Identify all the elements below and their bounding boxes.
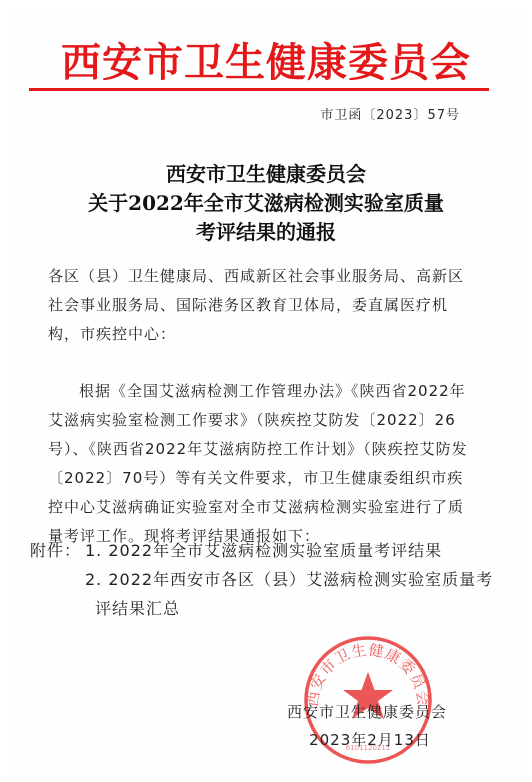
issuer-header: 西安市卫生健康委员会 bbox=[0, 40, 532, 86]
signature-organization: 西安市卫生健康委员会 bbox=[272, 698, 462, 726]
body-paragraph: 根据《全国艾滋病检测工作管理办法》《陕西省2022年艾滋病实验室检测工作要求》（… bbox=[48, 377, 474, 551]
signature-block: 西安市卫生健康委员会 2023年2月13日 bbox=[272, 698, 462, 754]
attachment-item-1: 1. 2022年全市艾滋病检测实验室质量考评结果 bbox=[85, 536, 510, 565]
attachment-row-1: 附件： 1. 2022年全市艾滋病检测实验室质量考评结果 bbox=[30, 536, 510, 565]
title-line-1: 西安市卫生健康委员会 bbox=[0, 160, 532, 189]
attachment-item-2: 2. 2022年西安市各区（县）艾滋病检测实验室质量考 bbox=[30, 565, 510, 594]
attachment-row-2: 2. 2022年西安市各区（县）艾滋病检测实验室质量考 bbox=[30, 565, 510, 594]
title-line-3: 考评结果的通报 bbox=[0, 218, 532, 247]
document-title: 西安市卫生健康委员会 关于2022年全市艾滋病检测实验室质量 考评结果的通报 bbox=[0, 160, 532, 247]
attachments-label: 附件： bbox=[30, 536, 85, 565]
attachments-section: 附件： 1. 2022年全市艾滋病检测实验室质量考评结果 2. 2022年西安市… bbox=[30, 536, 510, 623]
signature-date: 2023年2月13日 bbox=[272, 726, 462, 754]
addressee-paragraph: 各区（县）卫生健康局、西咸新区社会事业服务局、高新区社会事业服务局、国际港务区教… bbox=[48, 262, 474, 349]
attachment-item-2-wrap: 评结果汇总 bbox=[30, 594, 510, 623]
title-line-2: 关于2022年全市艾滋病检测实验室质量 bbox=[0, 189, 532, 218]
document-number: 市卫函〔2023〕57号 bbox=[320, 104, 460, 123]
red-divider-rule bbox=[29, 88, 489, 91]
